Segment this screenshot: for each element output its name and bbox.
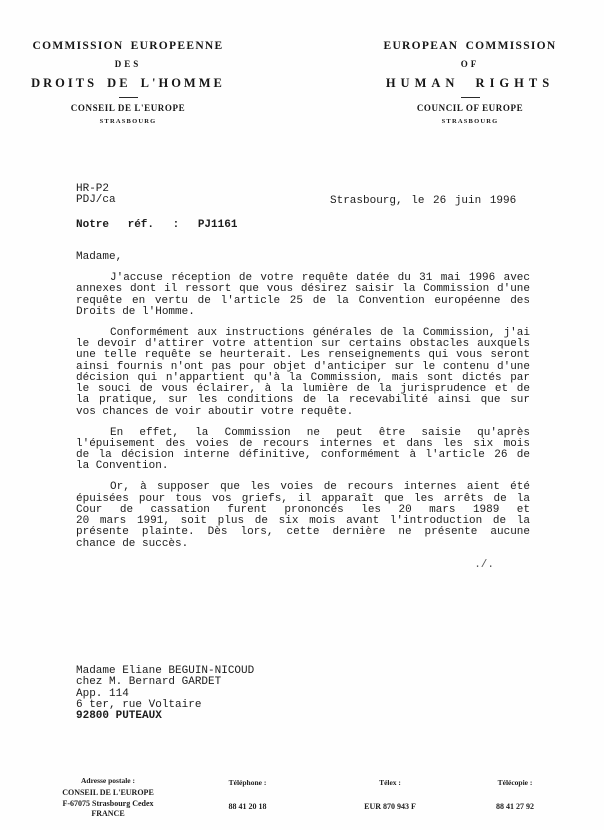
reference-codes: HR-P2PDJ/ca (76, 184, 116, 207)
paragraph-2: Conformément aux instructions générales … (76, 328, 530, 418)
letterhead-french-title-line1: COMMISSION EUROPEENNE (30, 40, 226, 52)
footer-phone: Téléphone : 88 41 20 18 (195, 778, 300, 811)
paragraph-4: Or, à supposer que les voies de recours … (76, 482, 530, 550)
letterhead-french-council: CONSEIL DE L'EUROPE (30, 103, 226, 113)
footer-phone-value: 88 41 20 18 (195, 802, 300, 811)
footer-fax-value: 88 41 27 92 (455, 802, 575, 811)
footer-telex-value: EUR 870 943 F (320, 802, 460, 811)
continuation-mark: ./. (76, 560, 530, 571)
letterhead-english-title-line2: OF (372, 59, 568, 69)
footer-postal-label: Adresse postale : (28, 776, 188, 785)
paragraph-3: En effet, la Commission ne peut être sai… (76, 428, 530, 473)
letterhead-french-title-line3: DROITS DE L'HOMME (30, 76, 226, 91)
letter-page: COMMISSION EUROPEENNE DES DROITS DE L'HO… (0, 0, 604, 830)
footer-telex-label: Télex : (320, 778, 460, 787)
recipient-address: Madame Eliane BEGUIN-NICOUDchez M. Berna… (76, 666, 254, 722)
footer-postal-lines: CONSEIL DE L'EUROPEF-67075 Strasbourg Ce… (28, 788, 188, 820)
letterhead-english-title-line1: EUROPEAN COMMISSION (372, 40, 568, 52)
place-date-line: Strasbourg, le 26 juin 1996 (330, 196, 516, 207)
letterhead-divider-rule (461, 97, 480, 98)
letterhead-english-council: COUNCIL OF EUROPE (372, 103, 568, 113)
recipient-postal-city: 92800 PUTEAUX (76, 711, 254, 722)
letterhead-english-city: STRASBOURG (372, 118, 568, 125)
letterhead-english-title-line3: HUMAN RIGHTS (372, 76, 568, 91)
letterhead-french-title-line2: DES (30, 59, 226, 69)
footer-fax: Télécopie : 88 41 27 92 (455, 778, 575, 811)
letterhead-french: COMMISSION EUROPEENNE DES DROITS DE L'HO… (30, 40, 226, 125)
footer-telex: Télex : EUR 870 943 F (320, 778, 460, 811)
footer-postal-address: Adresse postale : CONSEIL DE L'EUROPEF-6… (28, 776, 188, 820)
paragraph-1: J'accuse réception de votre requête daté… (76, 273, 530, 318)
letterhead-divider-rule (119, 97, 138, 98)
salutation: Madame, (76, 252, 122, 263)
footer-phone-label: Téléphone : (195, 778, 300, 787)
letter-body: J'accuse réception de votre requête daté… (76, 273, 530, 571)
our-reference-line: Notre réf. : PJ1161 (76, 220, 237, 231)
recipient-address-lines: Madame Eliane BEGUIN-NICOUDchez M. Berna… (76, 666, 254, 711)
letterhead-english: EUROPEAN COMMISSION OF HUMAN RIGHTS COUN… (372, 40, 568, 125)
footer-fax-label: Télécopie : (455, 778, 575, 787)
letterhead-french-city: STRASBOURG (30, 118, 226, 125)
